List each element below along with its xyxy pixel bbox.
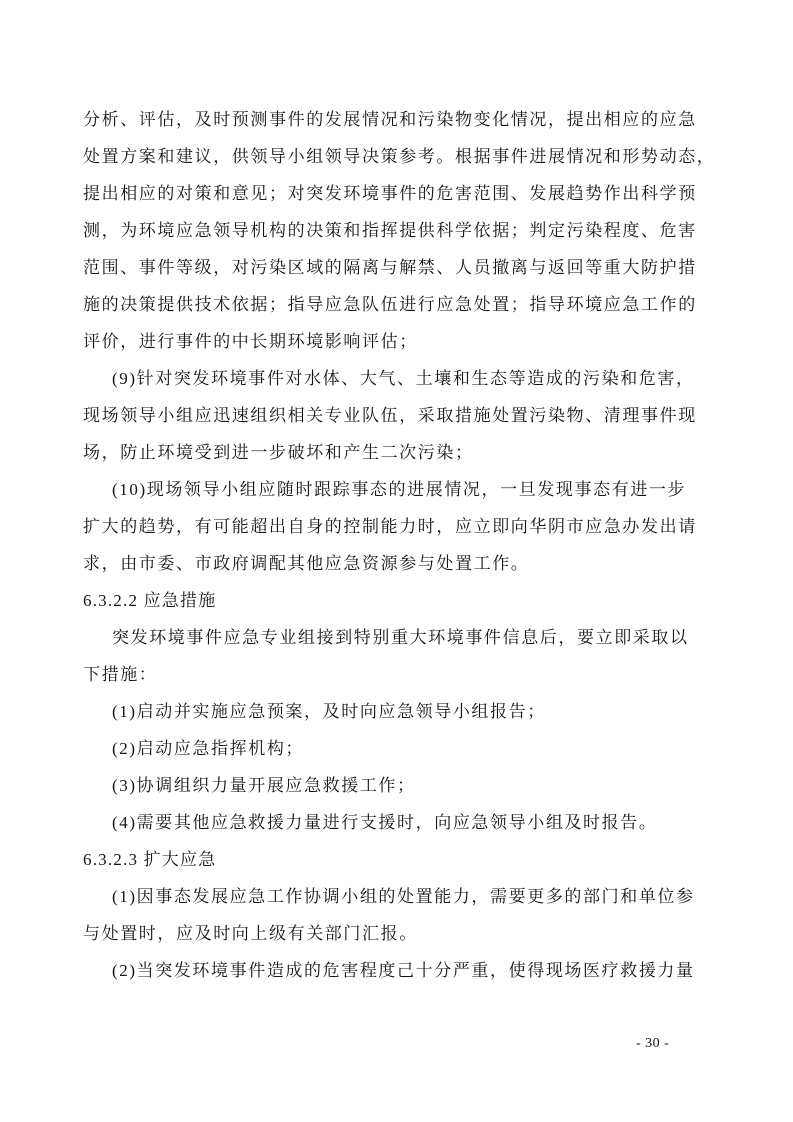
text-line: (2)当突发环境事件造成的危害程度己十分严重，使得现场医疗救援力量 <box>83 952 715 989</box>
text-line: 求，由市委、市政府调配其他应急资源参与处置工作。 <box>83 545 715 582</box>
text-line: (1)启动并实施应急预案，及时向应急领导小组报告； <box>83 693 715 730</box>
text-line: 现场领导小组应迅速组织相关专业队伍，采取措施处置污染物、清理事件现 <box>83 397 715 434</box>
text-line: 范围、事件等级，对污染区域的隔离与解禁、人员撤离与返回等重大防护措 <box>83 249 715 286</box>
text-line: 提出相应的对策和意见；对突发环境事件的危害范围、发展趋势作出科学预 <box>83 175 715 212</box>
text-line: (1)因事态发展应急工作协调小组的处置能力，需要更多的部门和单位参 <box>83 878 715 915</box>
section-heading: 6.3.2.3 扩大应急 <box>83 841 715 878</box>
text-line: (9)针对突发环境事件对水体、大气、土壤和生态等造成的污染和危害， <box>83 360 715 397</box>
text-line: 突发环境事件应急专业组接到特别重大环境事件信息后，要立即采取以 <box>83 619 715 656</box>
text-line: 下措施： <box>83 656 715 693</box>
document-body: 分析、评估，及时预测事件的发展情况和污染物变化情况，提出相应的应急处置方案和建议… <box>83 101 715 989</box>
page-number: - 30 - <box>636 1034 716 1054</box>
text-line: 评价，进行事件的中长期环境影响评估； <box>83 323 715 360</box>
text-line: 场，防止环境受到进一步破坏和产生二次污染； <box>83 434 715 471</box>
text-line: 施的决策提供技术依据；指导应急队伍进行应急处置；指导环境应急工作的 <box>83 286 715 323</box>
text-line: 与处置时，应及时向上级有关部门汇报。 <box>83 915 715 952</box>
text-line: (3)协调组织力量开展应急救援工作； <box>83 767 715 804</box>
text-line: 测，为环境应急领导机构的决策和指挥提供科学依据；判定污染程度、危害 <box>83 212 715 249</box>
text-line: 分析、评估，及时预测事件的发展情况和污染物变化情况，提出相应的应急 <box>83 101 715 138</box>
text-line: 处置方案和建议，供领导小组领导决策参考。根据事件进展情况和形势动态， <box>83 138 715 175</box>
section-heading: 6.3.2.2 应急措施 <box>83 582 715 619</box>
text-line: (2)启动应急指挥机构； <box>83 730 715 767</box>
text-line: (10)现场领导小组应随时跟踪事态的进展情况，一旦发现事态有进一步 <box>83 471 715 508</box>
text-line: (4)需要其他应急救援力量进行支援时，向应急领导小组及时报告。 <box>83 804 715 841</box>
text-line: 扩大的趋势，有可能超出自身的控制能力时，应立即向华阴市应急办发出请 <box>83 508 715 545</box>
document-page: 分析、评估，及时预测事件的发展情况和污染物变化情况，提出相应的应急处置方案和建议… <box>0 0 793 1122</box>
